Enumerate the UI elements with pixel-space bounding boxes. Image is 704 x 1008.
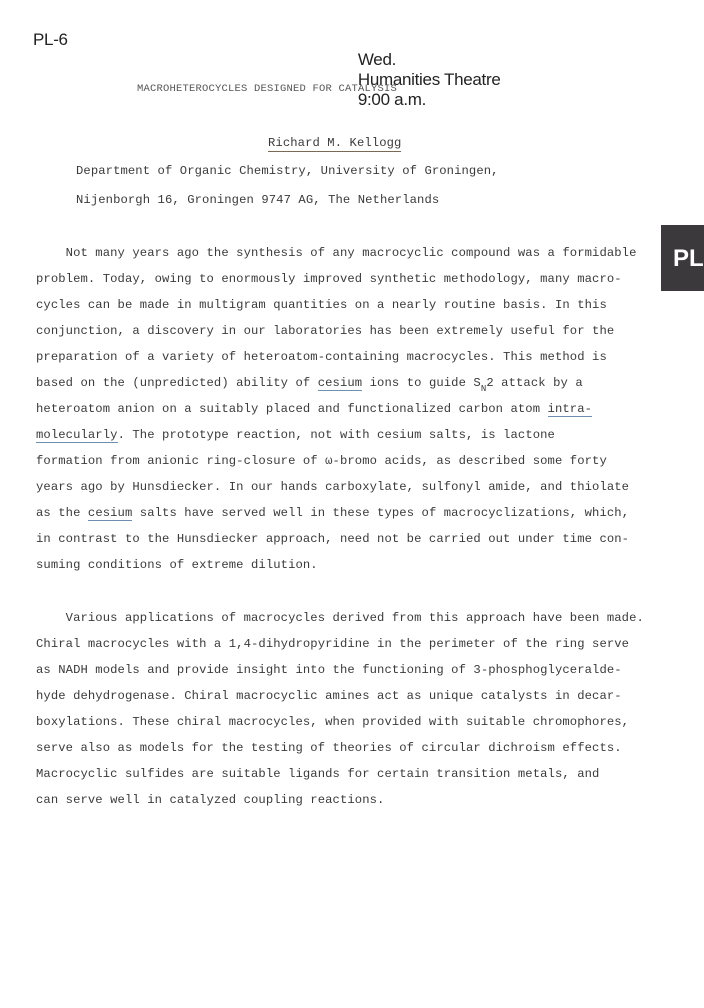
paragraph-2-line: Macrocyclic sulfides are suitable ligand… [36, 764, 599, 790]
paragraph-1-line: heteroatom anion on a suitably placed an… [36, 399, 592, 425]
underlined-term: intra- [548, 402, 592, 417]
paragraph-1-line: Not many years ago the synthesis of any … [36, 243, 637, 269]
session-info: Wed. Humanities Theatre 9:00 a.m. [349, 30, 515, 110]
paragraph-1-line: cycles can be made in multigram quantiti… [36, 295, 607, 321]
session-code: PL-6 [33, 30, 68, 50]
session-day: Wed. [358, 50, 396, 69]
underlined-term: cesium [88, 506, 132, 521]
paragraph-2-line: serve also as models for the testing of … [36, 738, 622, 764]
paragraph-2-line: as NADH models and provide insight into … [36, 660, 622, 686]
paragraph-1-line: conjunction, a discovery in our laborato… [36, 321, 614, 347]
paragraph-1-line: as the cesium salts have served well in … [36, 503, 629, 529]
affiliation-line-2: Nijenborgh 16, Groningen 9747 AG, The Ne… [76, 193, 439, 207]
subscript: N [481, 384, 487, 394]
paragraph-2-line: hyde dehydrogenase. Chiral macrocyclic a… [36, 686, 622, 712]
paragraph-1-line: based on the (unpredicted) ability of ce… [36, 373, 583, 399]
abstract-title: MACROHETEROCYCLES DESIGNED FOR CATALYSIS [137, 83, 397, 95]
author-name: Richard M. Kellogg [268, 136, 401, 152]
paragraph-1-line: problem. Today, owing to enormously impr… [36, 269, 622, 295]
paragraph-1-line: formation from anionic ring-closure of ω… [36, 451, 607, 477]
paragraph-1-line: molecularly. The prototype reaction, not… [36, 425, 555, 451]
affiliation-line-1: Department of Organic Chemistry, Univers… [76, 164, 499, 178]
section-tab-label: PL [673, 245, 704, 273]
paragraph-1-line: suming conditions of extreme dilution. [36, 555, 318, 581]
paragraph-1-line: in contrast to the Hunsdiecker approach,… [36, 529, 629, 555]
paragraph-2-line: Various applications of macrocycles deri… [36, 608, 644, 634]
paragraph-2-line: Chiral macrocycles with a 1,4-dihydropyr… [36, 634, 629, 660]
paragraph-1-line: years ago by Hunsdiecker. In our hands c… [36, 477, 629, 503]
paragraph-1-line: preparation of a variety of heteroatom-c… [36, 347, 607, 373]
paragraph-2-line: boxylations. These chiral macrocycles, w… [36, 712, 629, 738]
underlined-term: cesium [318, 376, 362, 391]
underlined-term: molecularly [36, 428, 118, 443]
author-line: Richard M. Kellogg [268, 136, 401, 150]
section-tab: PL [661, 225, 704, 291]
paragraph-2-line: can serve well in catalyzed coupling rea… [36, 790, 384, 816]
